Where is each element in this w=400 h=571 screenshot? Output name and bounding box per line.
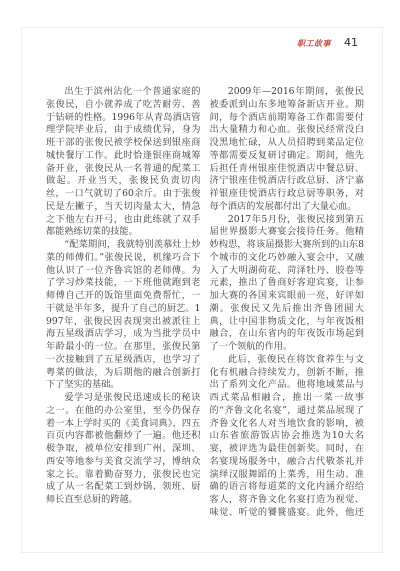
article-paragraph: 爱学习是张俊民迅速成长的秘诀之一。在他的办公室里，至今仍保存着一本上学时买的《美…: [46, 392, 201, 507]
article-paragraph: 2009年—2016年期间，张俊民被委派到山东多地筹备新店开业。期间，每个酒店前…: [210, 86, 365, 214]
article-body: 出生于滨州沾化一个普通家庭的张俊民，自小就养成了吃苦耐劳、善于钻研的性格。199…: [46, 86, 364, 530]
article-paragraph: 出生于滨州沾化一个普通家庭的张俊民，自小就养成了吃苦耐劳、善于钻研的性格。199…: [46, 86, 201, 239]
page-header: 职工故事 41: [297, 36, 358, 49]
magazine-page: 职工故事 41 出生于滨州沾化一个普通家庭的张俊民，自小就养成了吃苦耐劳、善于钻…: [0, 0, 400, 571]
article-paragraph: “配菜期间，我就特别羡慕灶上炒菜的师傅们。”张俊民说，机缘巧合下他认识了一位齐鲁…: [46, 239, 201, 392]
page-number: 41: [344, 36, 358, 49]
article-paragraph: 2017年5月份，张俊民接到第五届世界摄影大赛宴会接待任务。他精妙构思，将该届摄…: [210, 214, 365, 354]
section-label: 职工故事: [297, 38, 331, 49]
